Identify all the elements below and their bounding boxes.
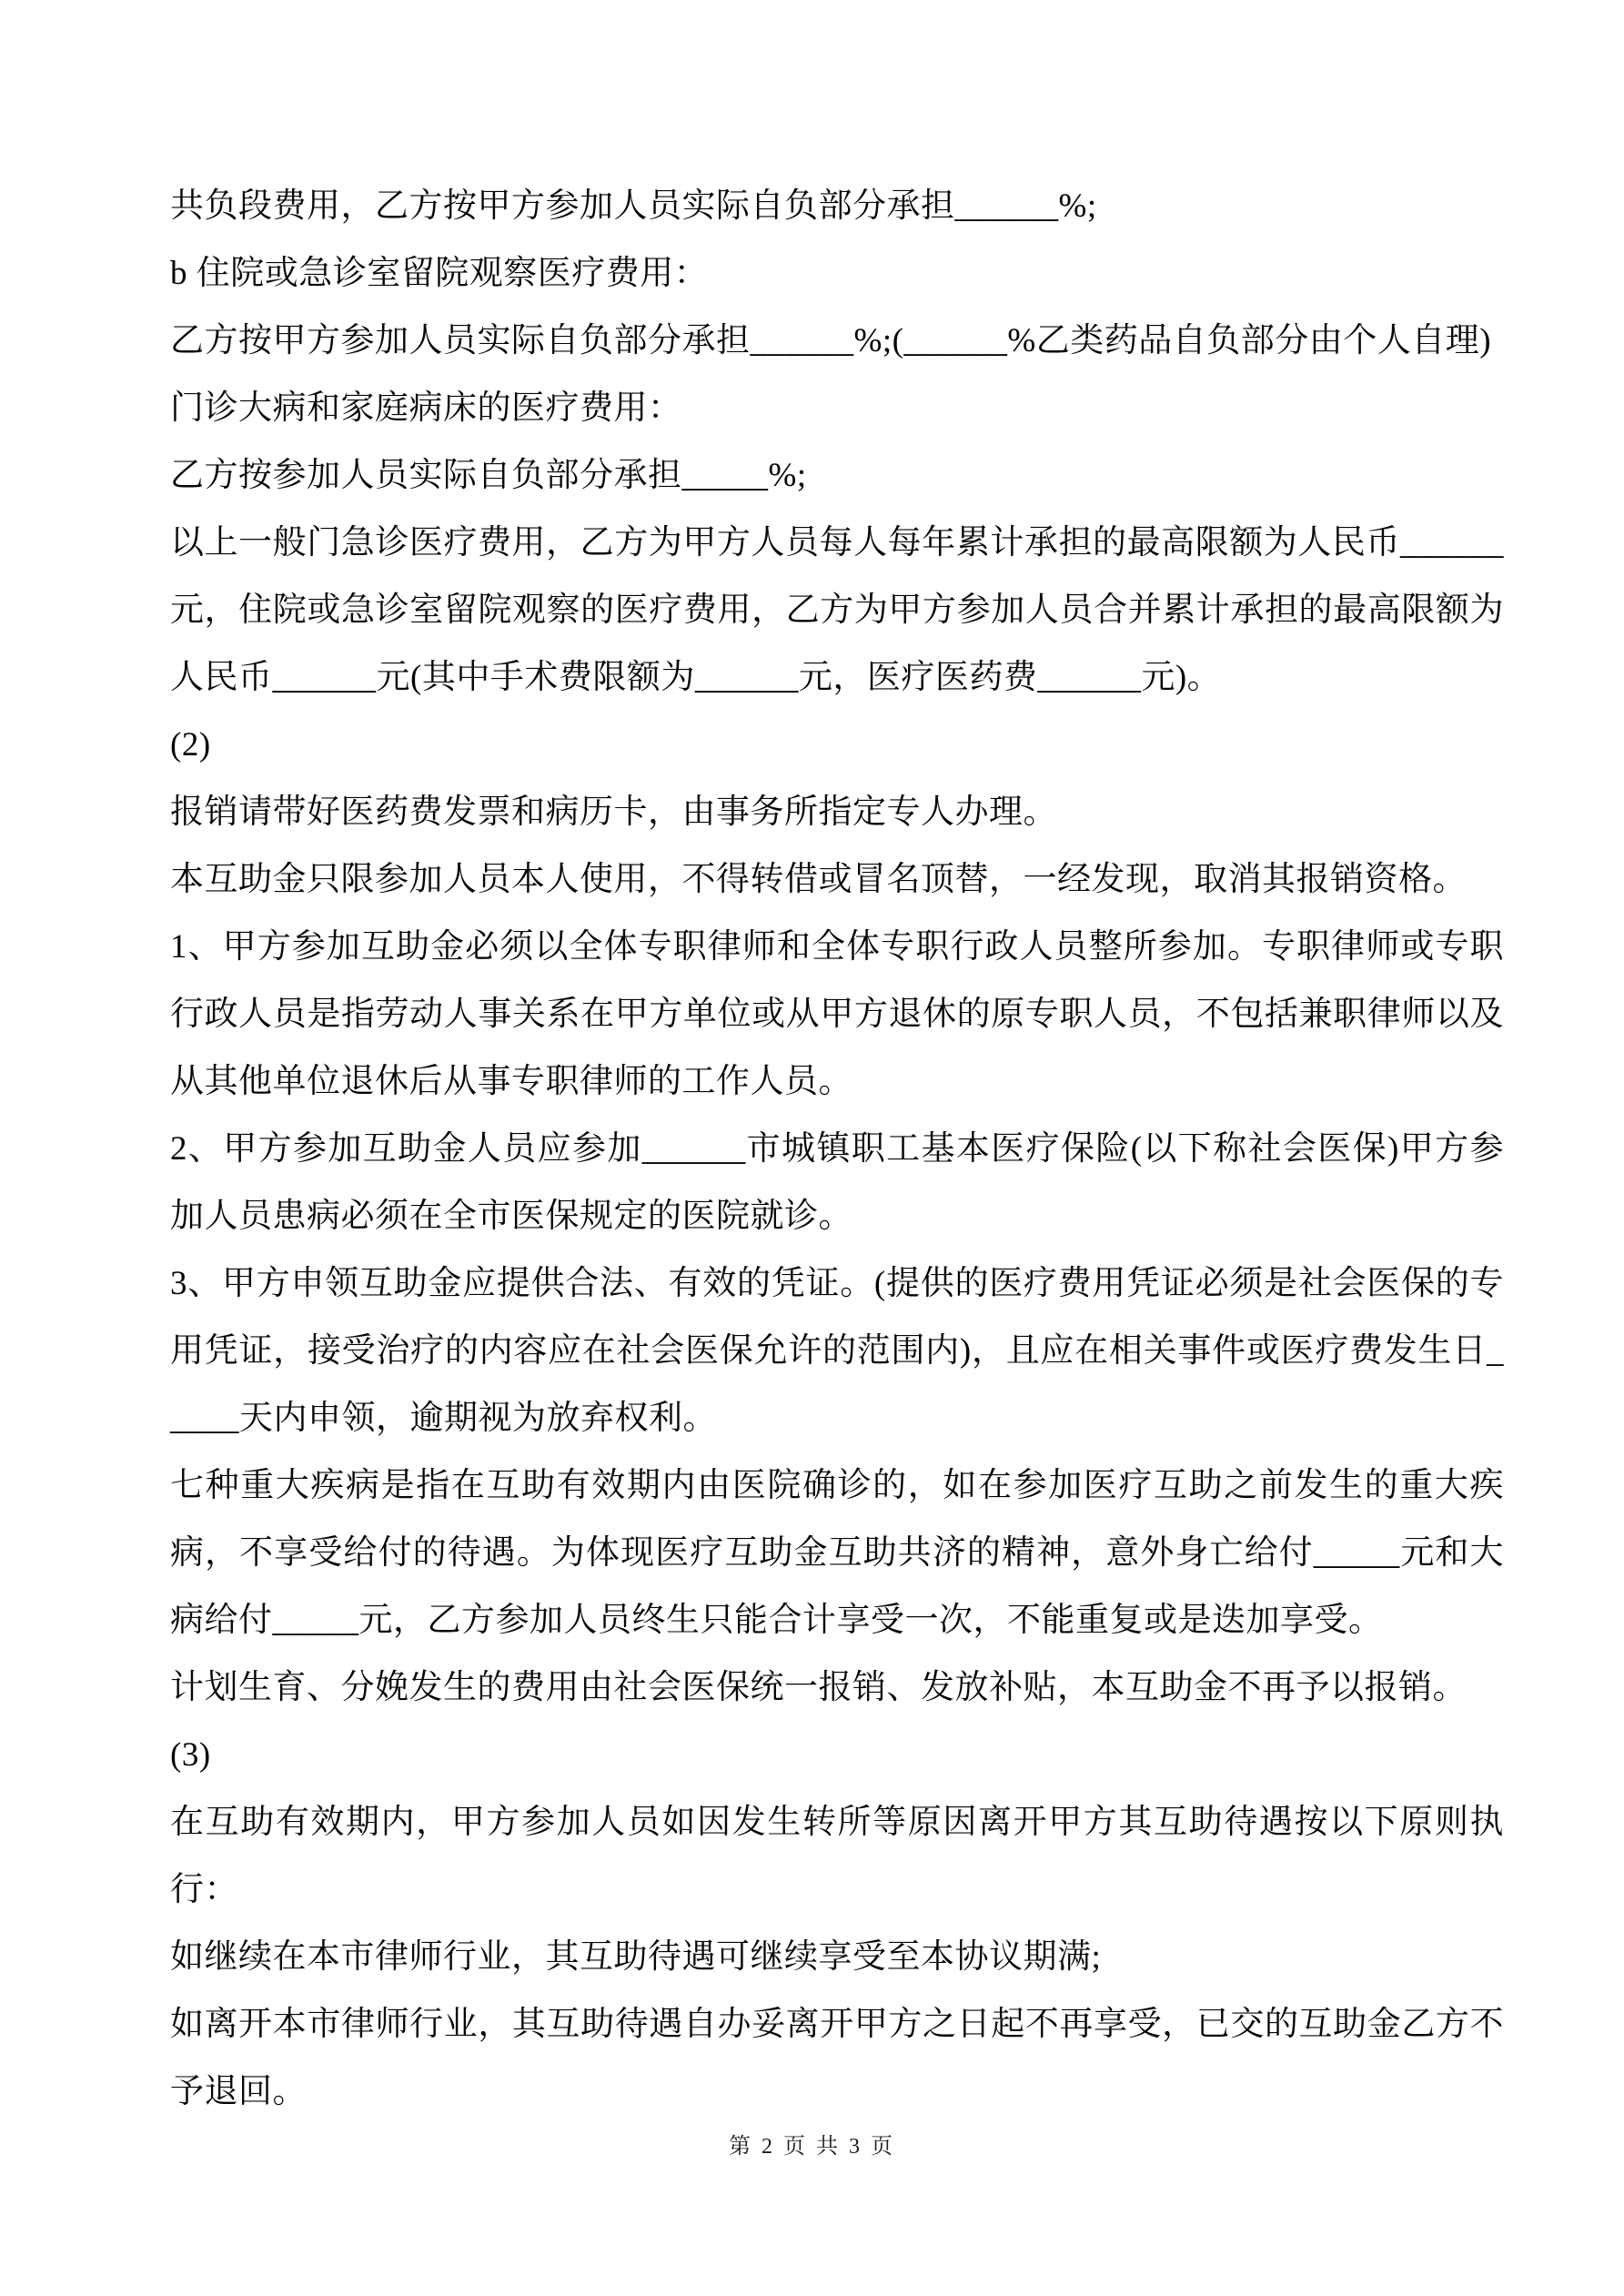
paragraph: 如继续在本市律师行业，其互助待遇可继续享受至本协议期满; xyxy=(170,1924,1504,1991)
paragraph: 七种重大疾病是指在互助有效期内由医院确诊的，如在参加医疗互助之前发生的重大疾病，… xyxy=(170,1452,1504,1654)
page-number: 第 2 页 共 3 页 xyxy=(0,2128,1624,2159)
paragraph: 1、甲方参加互助金必须以全体专职律师和全体专职行政人员整所参加。专职律师或专职行… xyxy=(170,914,1504,1116)
paragraph: 3、甲方申领互助金应提供合法、有效的凭证。(提供的医疗费用凭证必须是社会医保的专… xyxy=(170,1250,1504,1452)
paragraph: 计划生育、分娩发生的费用由社会医保统一报销、发放补贴，本互助金不再予以报销。 xyxy=(170,1654,1504,1722)
paragraph: 以上一般门急诊医疗费用，乙方为甲方人员每人每年累计承担的最高限额为人民币____… xyxy=(170,510,1504,712)
paragraph: 乙方按参加人员实际自负部分承担_____%; xyxy=(170,442,1504,510)
paragraph: 2、甲方参加互助金人员应参加______市城镇职工基本医疗保险(以下称社会医保)… xyxy=(170,1116,1504,1250)
paragraph: 门诊大病和家庭病床的医疗费用： xyxy=(170,375,1504,442)
paragraph: 在互助有效期内，甲方参加人员如因发生转所等原因离开甲方其互助待遇按以下原则执行： xyxy=(170,1789,1504,1924)
paragraph: 报销请带好医药费发票和病历卡，由事务所指定专人办理。 xyxy=(170,779,1504,846)
paragraph: (3) xyxy=(170,1722,1504,1789)
paragraph: 共负段费用，乙方按甲方参加人员实际自负部分承担______%; xyxy=(170,173,1504,240)
paragraph: (2) xyxy=(170,712,1504,779)
paragraph: 乙方按甲方参加人员实际自负部分承担______%;(______%乙类药品自负部… xyxy=(170,308,1504,375)
paragraph: 如离开本市律师行业，其互助待遇自办妥离开甲方之日起不再享受，已交的互助金乙方不予… xyxy=(170,1991,1504,2126)
paragraph: b 住院或急诊室留院观察医疗费用： xyxy=(170,240,1504,308)
document-page: 共负段费用，乙方按甲方参加人员实际自负部分承担______%; b 住院或急诊室… xyxy=(0,0,1624,2296)
document-body: 共负段费用，乙方按甲方参加人员实际自负部分承担______%; b 住院或急诊室… xyxy=(170,173,1504,2126)
paragraph: 本互助金只限参加人员本人使用，不得转借或冒名顶替，一经发现，取消其报销资格。 xyxy=(170,846,1504,914)
